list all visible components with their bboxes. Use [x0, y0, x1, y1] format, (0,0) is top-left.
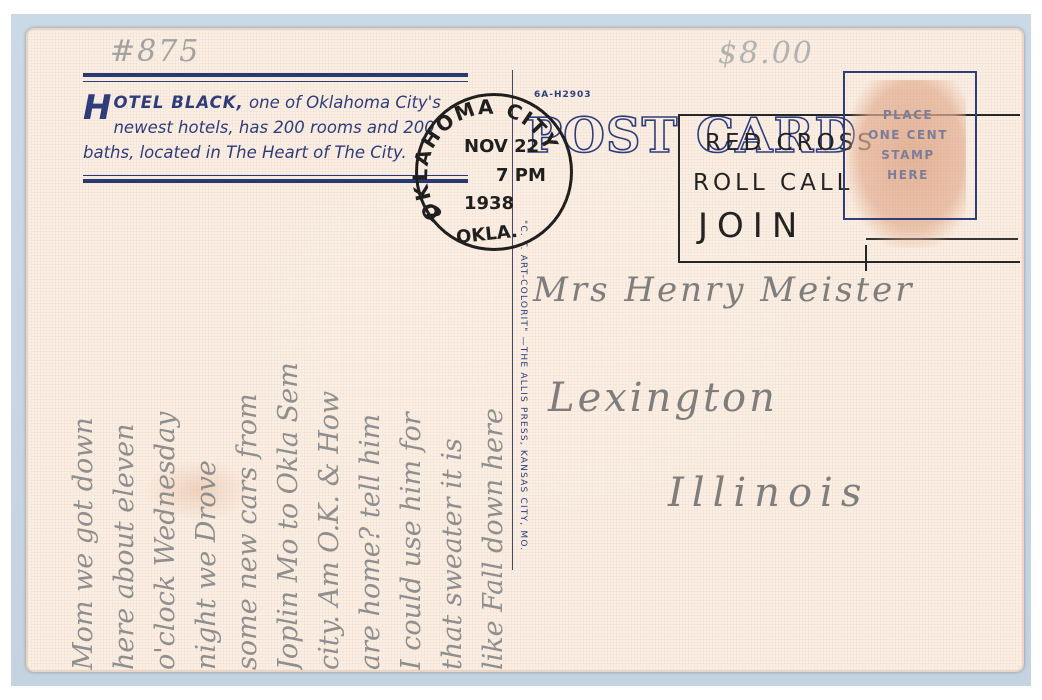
- postcard: #875 $8.00 HOTEL BLACK, one of Oklahoma …: [28, 30, 1022, 670]
- message-line: city. Am O.K. & How: [309, 200, 350, 670]
- slogan-line-3: JOIN: [698, 206, 806, 246]
- message-line: some new cars from: [227, 200, 268, 670]
- message-line: are home? tell him: [350, 200, 391, 670]
- postmark-date: NOV 22: [464, 136, 539, 157]
- stamp-text-line: STAMP: [863, 145, 953, 165]
- slogan-line-2: ROLL CALL: [693, 170, 853, 196]
- handwritten-message: Mom we got downhere about eleveno'clock …: [63, 200, 533, 670]
- message-line: here about eleven: [104, 200, 145, 670]
- message-line: Mom we got down: [63, 200, 104, 670]
- stamp-instructions: PLACE ONE CENT STAMP HERE: [863, 105, 953, 185]
- stamp-text-line: PLACE: [863, 105, 953, 125]
- address-state: Illinois: [668, 470, 869, 516]
- message-line: o'clock Wednesday: [145, 200, 186, 670]
- message-line: I could use him for: [391, 200, 432, 670]
- message-line: Joplin Mo to Okla Sem: [268, 200, 309, 670]
- drop-cap: H: [83, 93, 111, 123]
- blurb-rule-top-thin: [83, 81, 468, 82]
- inventory-number: #875: [110, 34, 200, 69]
- address-city: Lexington: [548, 375, 778, 421]
- address-name: Mrs Henry Meister: [533, 270, 915, 310]
- stamp-text-line: ONE CENT: [863, 125, 953, 145]
- message-line: that sweater it is: [432, 200, 473, 670]
- message-line: like Fall down here: [473, 200, 514, 670]
- blurb-rule-top: [83, 73, 468, 77]
- price-mark: $8.00: [718, 36, 814, 71]
- slogan-frame-tick: [865, 245, 867, 271]
- postmark-time: 7 PM: [496, 165, 546, 186]
- stamp-text-line: HERE: [863, 165, 953, 185]
- message-line: night we Drove: [186, 200, 227, 670]
- hotel-name: OTEL BLACK,: [113, 93, 243, 112]
